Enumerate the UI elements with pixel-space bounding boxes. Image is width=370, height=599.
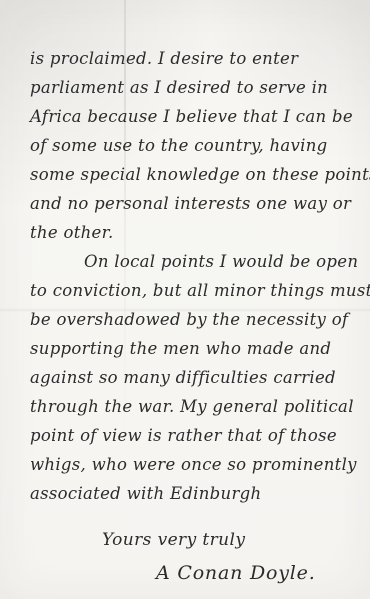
letter-body: is proclaimed. I desire to enter parliam… [0, 0, 370, 588]
letter-line: through the war. My general political [30, 392, 348, 421]
signature: A Conan Doyle. [156, 558, 348, 588]
letter-line: to conviction, but all minor things must [30, 276, 348, 305]
letter-line: against so many difficulties carried [30, 363, 348, 392]
letter-line: whigs, who were once so prominently [30, 450, 348, 479]
letter-line: some special knowledge on these points [30, 160, 348, 189]
letter-line: Africa because I believe that I can be [30, 102, 348, 131]
letter-line: On local points I would be open [30, 247, 348, 276]
letter-line: supporting the men who made and [30, 334, 348, 363]
letter-page: is proclaimed. I desire to enter parliam… [0, 0, 370, 599]
letter-line: of some use to the country, having [30, 131, 348, 160]
letter-line: point of view is rather that of those [30, 421, 348, 450]
closing-salutation: Yours very truly [102, 526, 348, 554]
letter-line: and no personal interests one way or [30, 189, 348, 218]
letter-paragraph-1: is proclaimed. I desire to enter parliam… [30, 44, 348, 247]
letter-line: is proclaimed. I desire to enter [30, 44, 348, 73]
closing-block: Yours very truly A Conan Doyle. [30, 526, 348, 588]
letter-line: the other. [30, 218, 348, 247]
letter-paragraph-2: On local points I would be open to convi… [30, 247, 348, 508]
letter-line: be overshadowed by the necessity of [30, 305, 348, 334]
letter-line: parliament as I desired to serve in [30, 73, 348, 102]
letter-line: associated with Edinburgh [30, 479, 348, 508]
